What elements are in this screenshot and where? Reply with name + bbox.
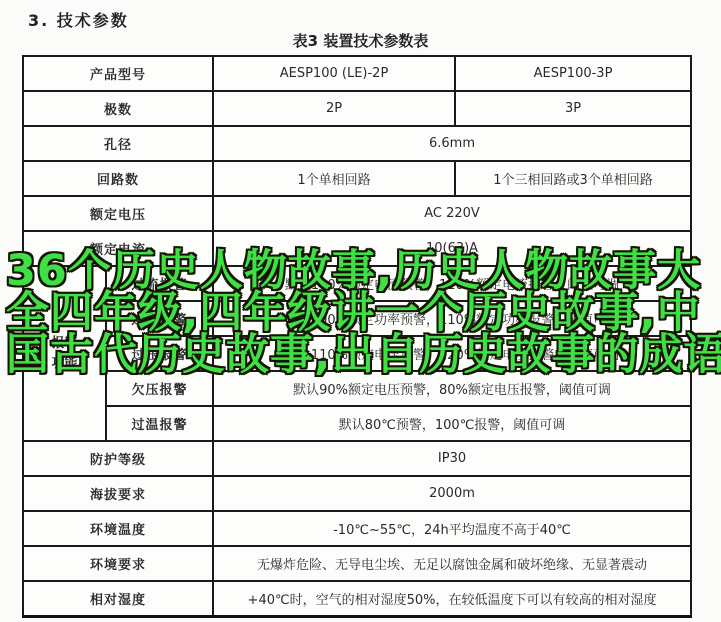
altitude-value: 2000m	[213, 476, 691, 511]
overload-alarm-value: 默认100%额定功率预警，110%额定功率报警，阈值可调	[213, 301, 691, 336]
table-row: 环境温度 -10℃~55℃，24h平均温度不高于40℃	[23, 511, 691, 546]
row-label-undervoltage-alarm: 欠压报警	[106, 371, 213, 406]
environment-value: 无爆炸危险、无导电尘埃、无足以腐蚀金属和破坏绝缘、无显著震动	[213, 546, 691, 581]
poles-3p: 3P	[455, 91, 691, 126]
table-row: 环境要求 无爆炸危险、无导电尘埃、无足以腐蚀金属和破坏绝缘、无显著震动	[23, 546, 691, 581]
row-label-humidity: 相对湿度	[23, 581, 213, 616]
table-row: 海拔要求 2000m	[23, 476, 691, 511]
rated-voltage-value: AC 220V	[213, 196, 691, 231]
alarm-group-label-text: 报警功能	[50, 334, 80, 373]
table-title: 表3 装置技术参数表	[0, 30, 721, 51]
table-row: 报警功能 过流报警 默认100%额定电流预警，110%额定电流报警，阈值可调	[23, 266, 691, 301]
table-row: 额定电流 10(63)A	[23, 231, 691, 266]
section-heading: 3. 技术参数	[28, 8, 129, 31]
row-label-overtemp-alarm: 过温报警	[106, 406, 213, 441]
protection-value: IP30	[213, 441, 691, 476]
table-row: 过载报警 默认100%额定功率预警，110%额定功率报警，阈值可调	[23, 301, 691, 336]
overvoltage-alarm-value: 默认110%额定电压预警，120%额定电压报警，阈值可调	[213, 336, 691, 371]
table-row: 额定电压 AC 220V	[23, 196, 691, 231]
ambient-temp-value: -10℃~55℃，24h平均温度不高于40℃	[213, 511, 691, 546]
row-label-environment: 环境要求	[23, 546, 213, 581]
overtemp-alarm-value: 默认80℃预警，100℃报警，阈值可调	[213, 406, 691, 441]
row-label-rated-current: 额定电流	[23, 231, 213, 266]
table-row: 欠压报警 默认90%额定电压预警，80%额定电压报警，阈值可调	[23, 371, 691, 406]
row-label-overvoltage-alarm: 过压报警	[106, 336, 213, 371]
row-label-product-model: 产品型号	[23, 56, 213, 91]
alarm-group-label: 报警功能	[23, 266, 106, 441]
humidity-value: +40℃时，空气的相对湿度50%，在较低温度下可以有较高的相对湿度	[213, 581, 691, 616]
table-row: 过压报警 默认110%额定电压预警，120%额定电压报警，阈值可调	[23, 336, 691, 371]
row-label-altitude: 海拔要求	[23, 476, 213, 511]
spec-table: 产品型号 AESP100 (LE)-2P AESP100-3P 极数 2P 3P…	[22, 55, 692, 618]
product-model-3p: AESP100-3P	[455, 56, 691, 91]
table-row: 过温报警 默认80℃预警，100℃报警，阈值可调	[23, 406, 691, 441]
circuits-3p: 1个三相回路或3个单相回路	[455, 161, 691, 196]
table-row: 孔径 6.6mm	[23, 126, 691, 161]
row-label-rated-voltage: 额定电压	[23, 196, 213, 231]
table-row: 回路数 1个单相回路 1个三相回路或3个单相回路	[23, 161, 691, 196]
document-page: 3. 技术参数 表3 装置技术参数表 产品型号 AESP100 (LE)-2P …	[0, 0, 721, 622]
row-label-ambient-temp: 环境温度	[23, 511, 213, 546]
row-label-protection: 防护等级	[23, 441, 213, 476]
table-row: 产品型号 AESP100 (LE)-2P AESP100-3P	[23, 56, 691, 91]
aperture-value: 6.6mm	[213, 126, 691, 161]
row-label-poles: 极数	[23, 91, 213, 126]
rated-current-value: 10(63)A	[213, 231, 691, 266]
table-row: 极数 2P 3P	[23, 91, 691, 126]
table-row: 防护等级 IP30	[23, 441, 691, 476]
row-label-circuits: 回路数	[23, 161, 213, 196]
poles-2p: 2P	[213, 91, 455, 126]
overcurrent-alarm-value: 默认100%额定电流预警，110%额定电流报警，阈值可调	[213, 266, 691, 301]
row-label-overload-alarm: 过载报警	[106, 301, 213, 336]
product-model-2p: AESP100 (LE)-2P	[213, 56, 455, 91]
table-row: 相对湿度 +40℃时，空气的相对湿度50%，在较低温度下可以有较高的相对湿度	[23, 581, 691, 616]
circuits-2p: 1个单相回路	[213, 161, 455, 196]
undervoltage-alarm-value: 默认90%额定电压预警，80%额定电压报警，阈值可调	[213, 371, 691, 406]
row-label-overcurrent-alarm: 过流报警	[106, 266, 213, 301]
row-label-aperture: 孔径	[23, 126, 213, 161]
